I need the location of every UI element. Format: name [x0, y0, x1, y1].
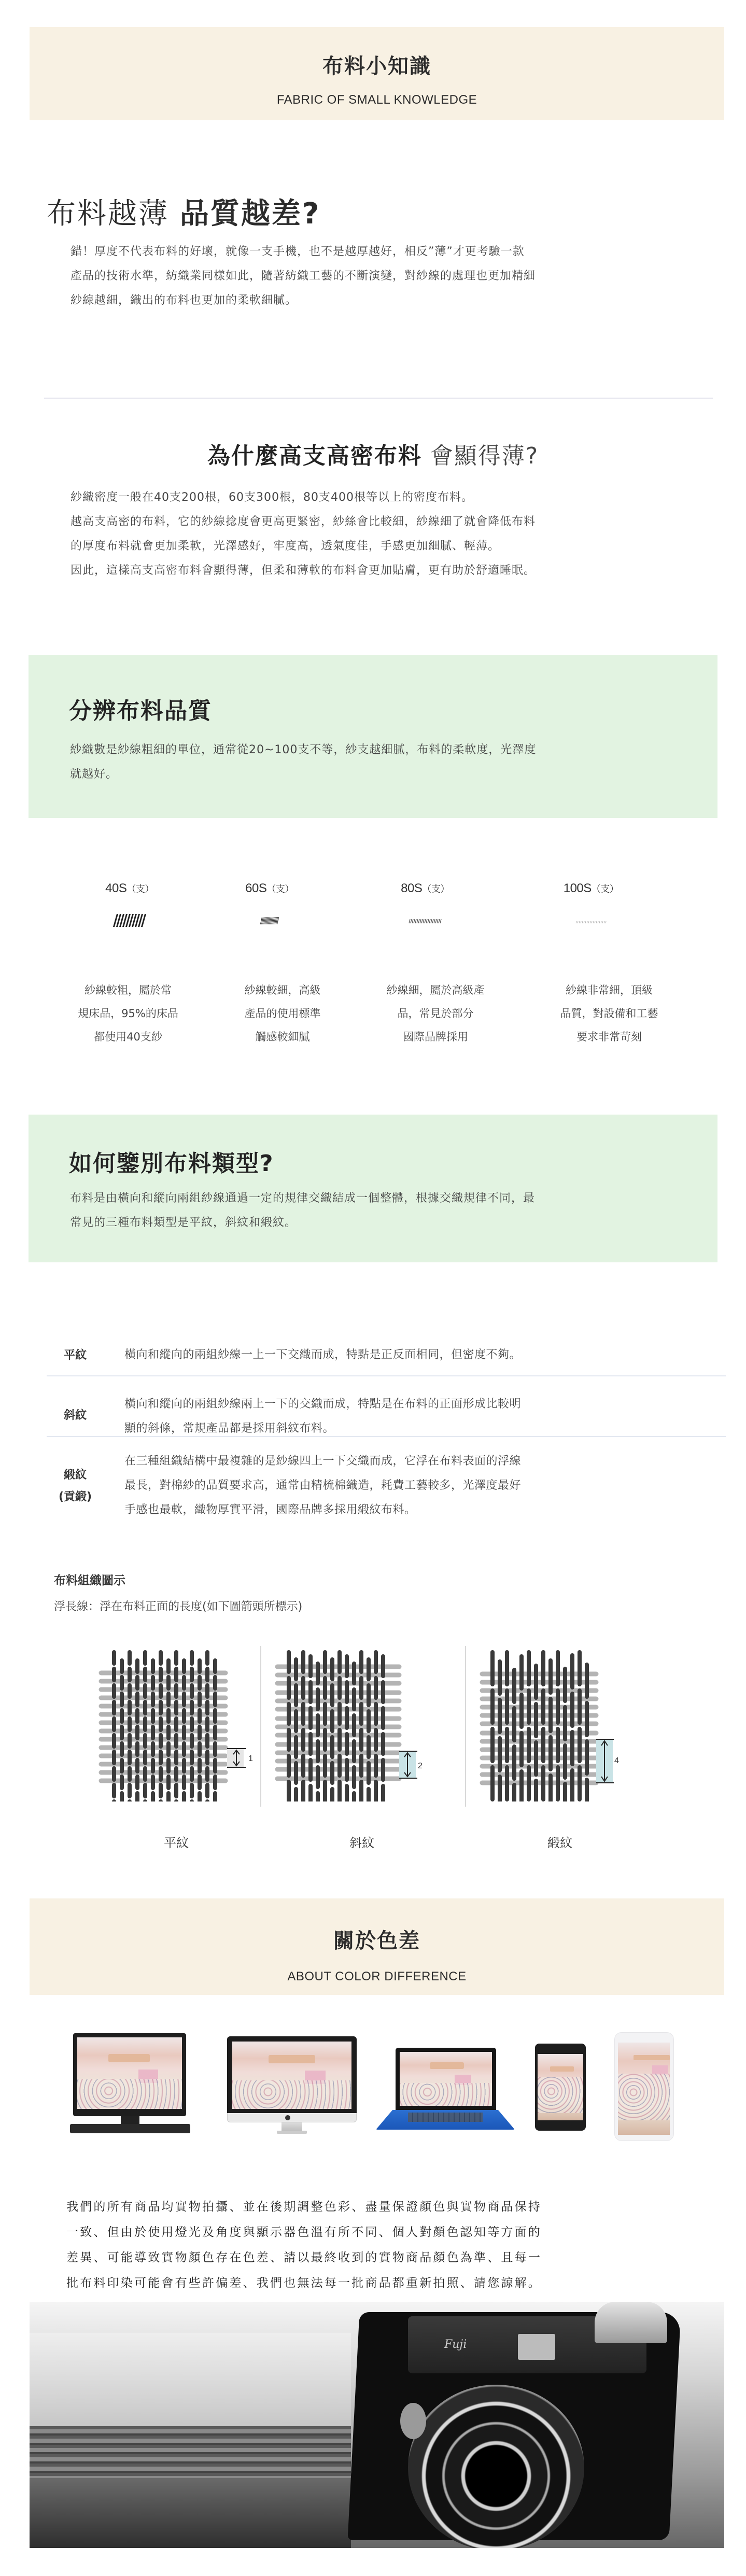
yarn-fine-icon	[409, 919, 442, 924]
plain-weave-diagram: 1	[98, 1646, 254, 1801]
section-density-title: 為什麼高支高密布料 會顯得薄?	[0, 437, 746, 470]
para-line: 批布料印染可能會有些許偏差、我們也無法每一批商品都重新拍照、請您諒解。	[66, 2271, 688, 2296]
banner-title-zh: 關於色差	[30, 1898, 724, 1954]
section-divider	[44, 398, 713, 399]
diagram-title: 布料組織圖示	[54, 1571, 125, 1588]
yarn-desc-60: 紗線較細，高級 產品的使用標準 觸感較細膩	[213, 979, 353, 1049]
header-banner: 布料小知識 FABRIC OF SMALL KNOWLEDGE	[30, 27, 724, 120]
color-difference-text: 我們的所有商品均實物拍攝、並在後期調整色彩、盡量保證顏色與實物商品保持 一致、但…	[66, 2194, 688, 2296]
para-line: 差異、可能導致實物顏色存在色差、請以最終收到的實物商品顏色為準、且每一	[66, 2245, 688, 2271]
yarn-unit: （支）	[422, 884, 449, 894]
desktop-monitor-image	[70, 2033, 190, 2132]
para-line: 一致、但由於使用燈光及角度與顯示器色溫有所不同、個人對顏色認知等方面的	[66, 2220, 688, 2245]
section-thin-title: 布料越薄 品質越差?	[47, 191, 320, 232]
section-density-body: 紗織密度一般在40支200根，60支300根，80支400根等以上的密度布料。 …	[71, 485, 693, 583]
android-phone-image	[535, 2044, 586, 2131]
caption-twill: 斜紋	[310, 1833, 414, 1851]
laptop-image	[376, 2048, 515, 2131]
yarn-label: 100S	[564, 881, 592, 895]
title-bold: 為什麼高支高密布料	[207, 443, 422, 469]
para-line: 因此，這樣高支高密布料會顯得薄，但柔和薄軟的布料會更加貼膚，更有助於舒適睡眠。	[71, 558, 693, 583]
para-line: 產品的技術水準，紡織業同樣如此，隨著紡織工藝的不斷演變，對紗線的處理也更加精細	[71, 264, 682, 288]
para-line: 紗織密度一般在40支200根，60支300根，80支400根等以上的密度布料。	[71, 485, 693, 510]
yarn-desc-80: 紗線細，屬於高級產 品，常見於部分 國際品牌採用	[365, 979, 505, 1049]
types-body: 布料是由橫向和縱向兩組紗線通過一定的規律交織結成一個整體，根據交織規律不同，最 …	[70, 1186, 682, 1235]
twill-weave-diagram: 2	[275, 1646, 430, 1801]
vintage-camera-photo: Fuji	[30, 2302, 724, 2548]
caption-plain: 平紋	[124, 1833, 228, 1851]
types-title: 如何鑒別布料類型?	[69, 1145, 274, 1178]
para-line: 常見的三種布料類型是平紋，斜紋和緞紋。	[70, 1210, 682, 1235]
types-box: 如何鑒別布料類型? 布料是由橫向和縱向兩組紗線通過一定的規律交織結成一個整體，根…	[29, 1115, 717, 1262]
para-line: 越高支高密的布料，它的紗線捻度會更高更緊密，紗絲會比較細，紗線細了就會降低布料	[71, 510, 693, 534]
para-line: 就越好。	[70, 762, 682, 786]
yarn-thick-icon	[111, 912, 148, 928]
para-line: 我們的所有商品均實物拍攝、並在後期調整色彩、盡量保證顏色與實物商品保持	[66, 2194, 688, 2220]
title-light: 布料越薄	[47, 197, 180, 231]
para-line: 紗織數是紗線粗細的單位，通常從20~100支不等，紗支越細膩，布料的柔軟度，光澤…	[70, 738, 682, 762]
yarn-desc-100: 紗線非常細，頂級 品質，對設備和工藝 要求非常苛刻	[539, 979, 679, 1049]
diagram-divider	[260, 1646, 261, 1807]
caption-satin: 緞紋	[508, 1833, 612, 1851]
satin-weave-diagram: 4	[480, 1646, 635, 1801]
weave-desc: 在三種組織結構中最複雜的是紗線四上一下交織而成，它浮在布料表面的浮線 最長，對棉…	[124, 1449, 708, 1522]
banner-title-zh: 布料小知識	[30, 27, 724, 79]
color-banner: 關於色差 ABOUT COLOR DIFFERENCE	[30, 1898, 724, 1995]
quality-box: 分辨布料品質 紗織數是紗線粗細的單位，通常從20~100支不等，紗支越細膩，布料…	[29, 655, 717, 818]
banner-title-en: FABRIC OF SMALL KNOWLEDGE	[30, 93, 724, 107]
para-line: 紗線越細，織出的布料也更加的柔軟細膩。	[71, 288, 682, 313]
diagram-subtitle: 浮長線：浮在布料正面的長度(如下圖箭頭所標示)	[54, 1598, 302, 1614]
weave-desc: 橫向和縱向的兩組紗線一上一下交織而成，特點是正反面相同，但密度不夠。	[124, 1343, 708, 1367]
yarn-unit: （支）	[266, 884, 294, 894]
yarn-unit: （支）	[592, 884, 619, 894]
iphone-image	[614, 2032, 674, 2141]
para-line: 布料是由橫向和縱向兩組紗線通過一定的規律交織結成一個整體，根據交織規律不同，最	[70, 1186, 682, 1210]
weave-name: 斜紋	[41, 1405, 109, 1427]
yarn-label: 40S	[105, 881, 126, 895]
yarn-count-100: 100S（支）	[518, 881, 664, 924]
imac-image	[227, 2036, 357, 2135]
svg-text:1: 1	[248, 1754, 253, 1763]
para-line: 錯！厚度不代表布料的好壞，就像一支手機，也不是越厚越好，相反”薄”才更考驗一款	[71, 240, 682, 264]
yarn-count-60: 60S（支）	[197, 881, 342, 925]
banner-title-en: ABOUT COLOR DIFFERENCE	[30, 1969, 724, 1984]
row-divider	[47, 1436, 726, 1437]
yarn-label: 80S	[401, 881, 422, 895]
weave-desc: 橫向和縱向的兩組紗線兩上一下的交織而成，特點是在布料的正面形成比較明 顯的斜條，…	[124, 1392, 708, 1441]
yarn-medium-icon	[251, 917, 288, 925]
yarn-unit: （支）	[126, 884, 154, 894]
weave-name: 緞紋 (貢緞)	[41, 1465, 109, 1508]
yarn-label: 60S	[245, 881, 266, 895]
camera-brand-mark: Fuji	[444, 2338, 467, 2351]
yarn-count-40: 40S（支）	[57, 881, 202, 928]
yarn-desc-40: 紗線較粗，屬於常 規床品，95%的床品 都使用40支紗	[58, 979, 198, 1049]
svg-text:2: 2	[418, 1762, 423, 1770]
weave-name: 平紋	[41, 1345, 109, 1367]
yarn-count-80: 80S（支）	[353, 881, 498, 924]
section-thin-body: 錯！厚度不代表布料的好壞，就像一支手機，也不是越厚越好，相反”薄”才更考驗一款 …	[71, 240, 682, 313]
yarn-very-fine-icon	[575, 921, 607, 924]
svg-text:4: 4	[614, 1756, 619, 1765]
title-light: 會顯得薄?	[422, 443, 539, 469]
title-bold: 品質越差?	[180, 197, 320, 231]
quality-title: 分辨布料品質	[69, 692, 212, 725]
diagram-divider	[465, 1646, 466, 1807]
row-divider	[47, 1375, 726, 1376]
para-line: 的厚度布料就會更加柔軟，光澤感好，牢度高，透氣度佳，手感更加細膩、輕薄。	[71, 534, 693, 558]
quality-body: 紗織數是紗線粗細的單位，通常從20~100支不等，紗支越細膩，布料的柔軟度，光澤…	[70, 738, 682, 786]
